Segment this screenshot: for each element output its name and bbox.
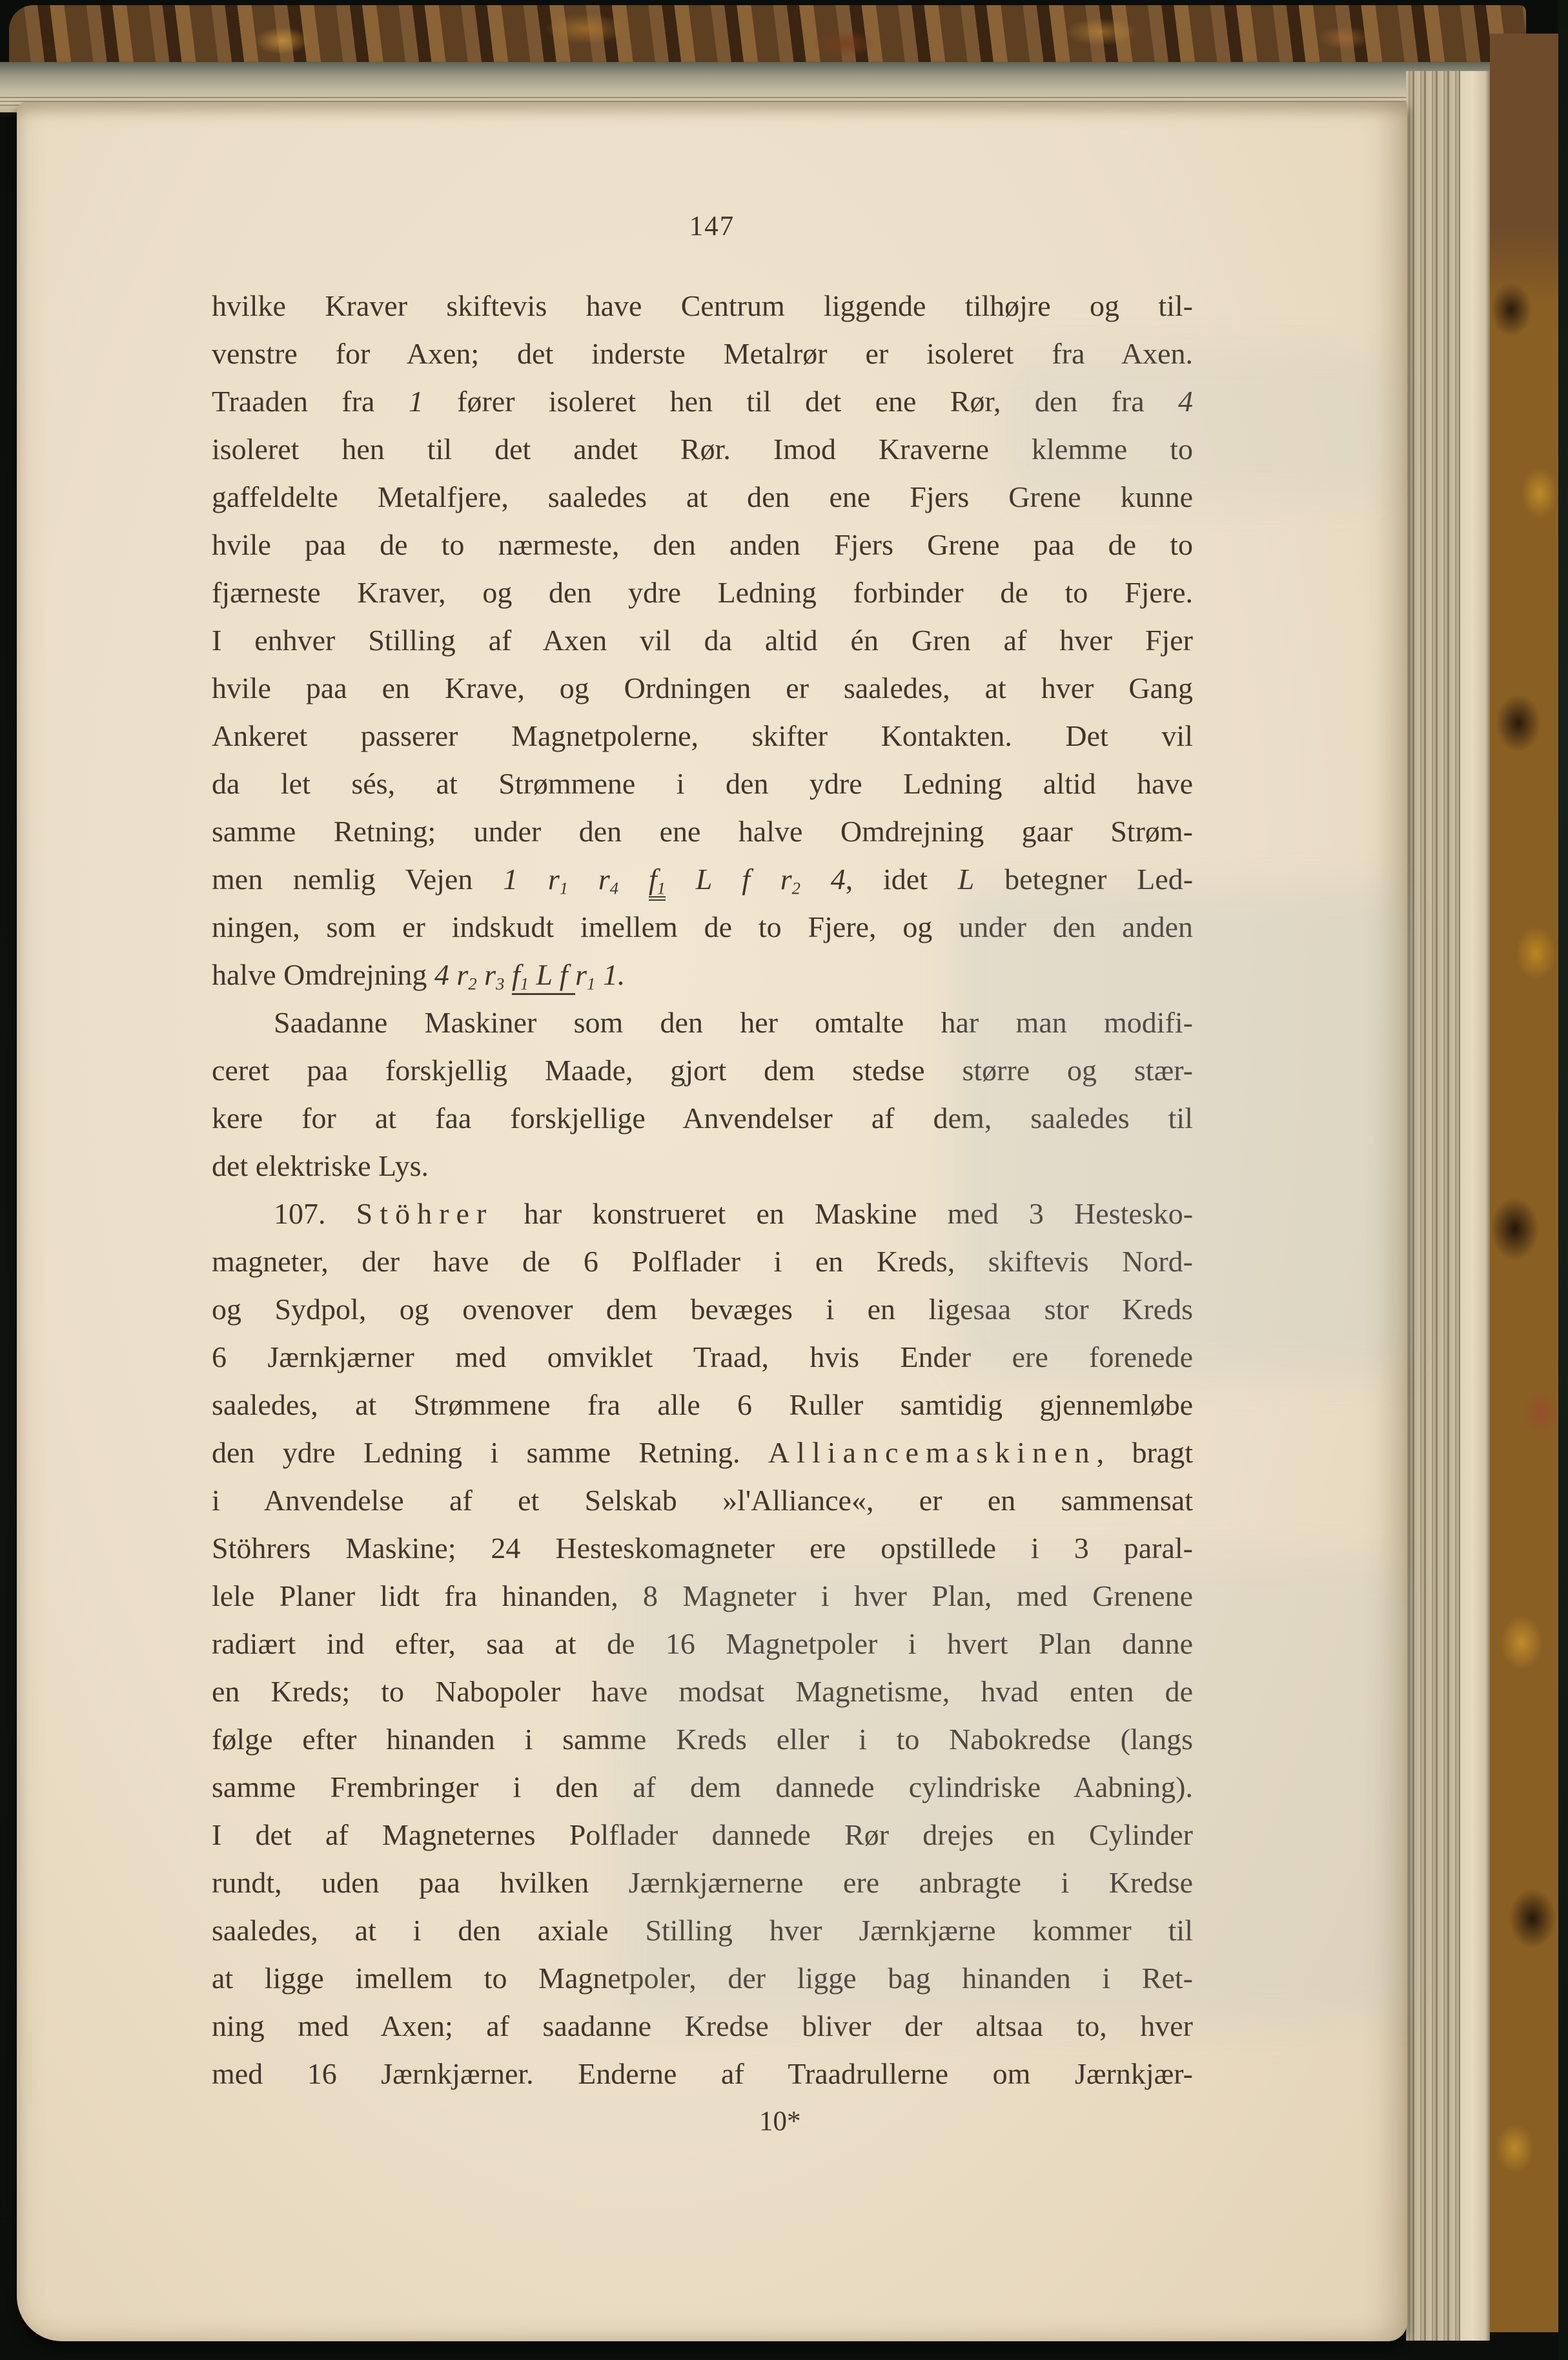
- text-line: saaledes, at Strømmene fra alle 6 Ruller…: [212, 1381, 1193, 1429]
- signature-mark: 10*: [759, 2098, 1407, 2146]
- text-line: i Anvendelse af et Selskab »l'Alliance«,…: [212, 1477, 1193, 1524]
- page-fore-edge-light-band: [1460, 71, 1490, 2341]
- showthrough-patch: [999, 351, 1387, 499]
- text-line: da let sés, at Strømmene i den ydre Ledn…: [212, 760, 1193, 808]
- page-fore-edge-stack: [1406, 71, 1460, 2341]
- book-scan-photo: 147 hvilke Kraver skiftevis have Centrum…: [0, 0, 1568, 2360]
- showthrough-patch: [612, 1558, 1406, 2023]
- text-line: Ankeret passerer Magnetpolerne, skifter …: [212, 712, 1193, 760]
- book-page: 147 hvilke Kraver skiftevis have Centrum…: [17, 102, 1407, 2341]
- book-cover-right-marbled-edge: [1490, 34, 1561, 2332]
- text-line: med 16 Jærnkjærner. Enderne af Traadrull…: [212, 2050, 1193, 2098]
- text-line: hvile paa en Krave, og Ordningen er saal…: [212, 664, 1193, 712]
- page-number: 147: [17, 210, 1407, 242]
- text-line: fjærneste Kraver, og den ydre Ledning fo…: [212, 569, 1193, 617]
- book-cloth-right-edge: [1558, 0, 1568, 2360]
- text-line: den ydre Ledning i samme Retning. Allian…: [212, 1429, 1193, 1477]
- text-line: hvile paa de to nærmeste, den anden Fjer…: [212, 521, 1193, 569]
- showthrough-patch: [954, 887, 1406, 1377]
- book-cover-top-marbled-edge: [9, 5, 1526, 65]
- text-line: I enhver Stilling af Axen vil da altid é…: [212, 617, 1193, 664]
- text-line: hvilke Kraver skiftevis have Centrum lig…: [212, 282, 1193, 330]
- text-line: samme Retning; under den ene halve Omdre…: [212, 808, 1193, 856]
